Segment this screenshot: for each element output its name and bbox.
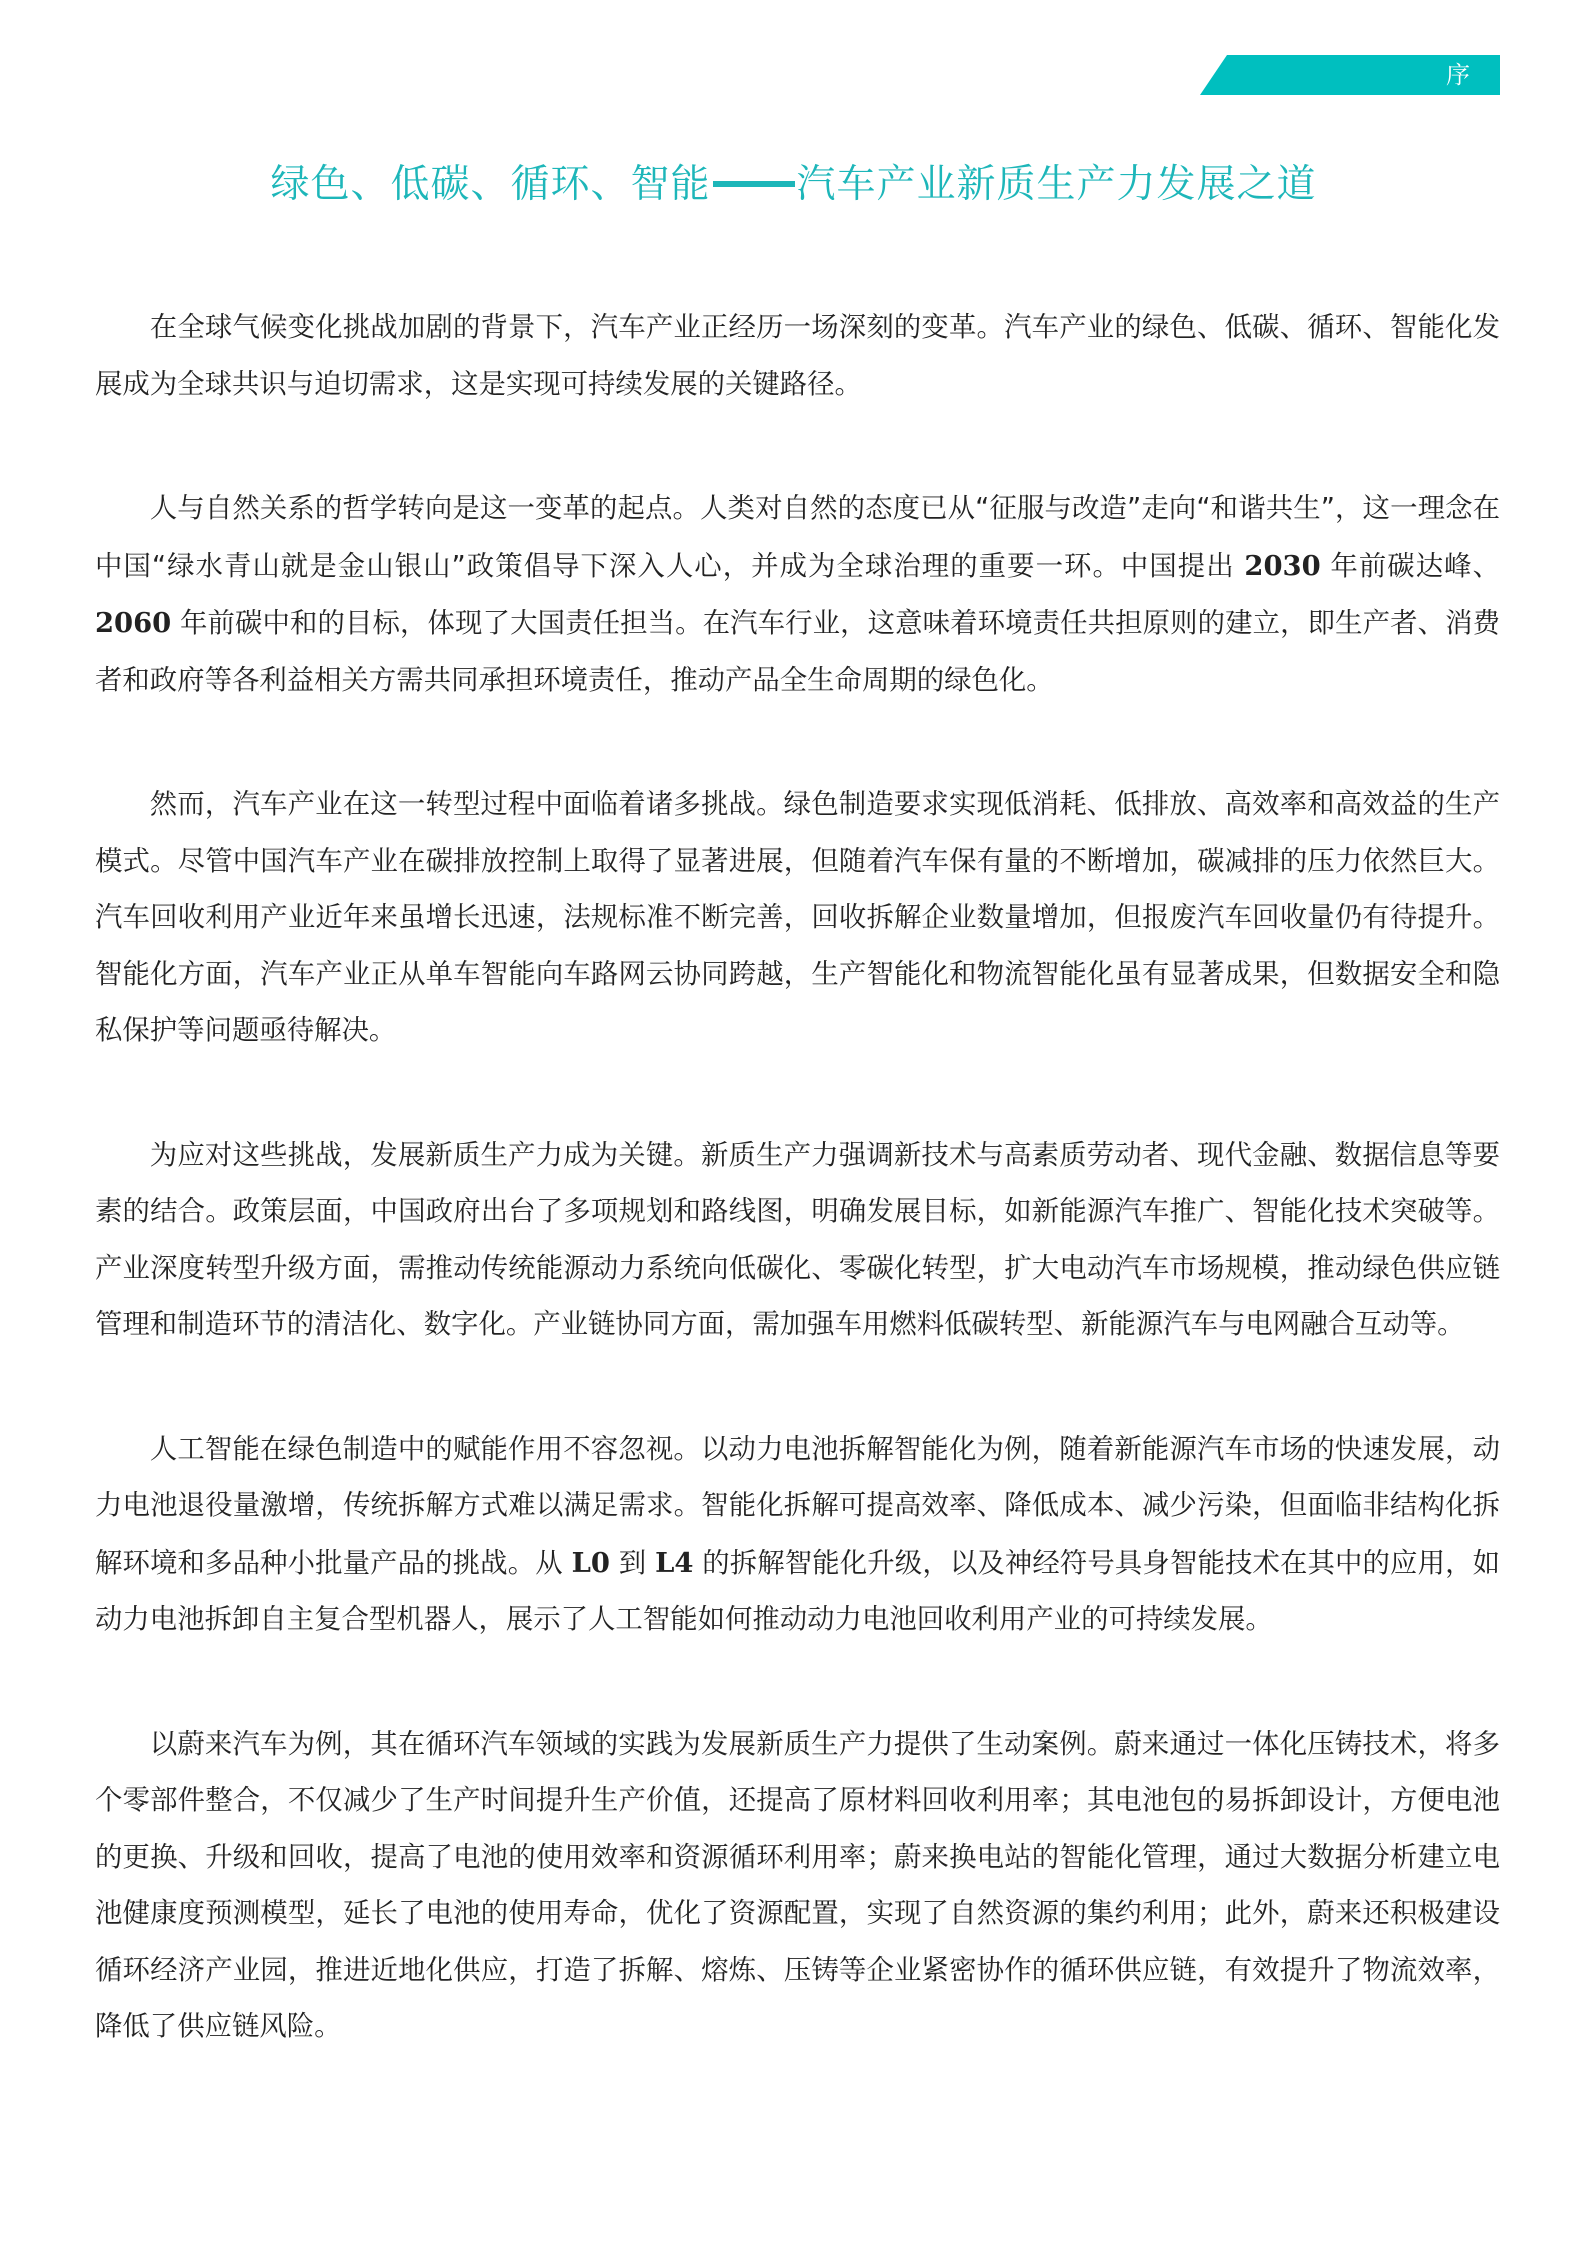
paragraph-5-seg-2: 到 xyxy=(610,1548,655,1579)
paragraph-2-seg-3: 年前碳中和的目标，体现了大国责任担当。在汽车行业，这意味着环境责任共担原则的建立… xyxy=(95,608,1500,696)
level-l4: L4 xyxy=(655,1547,693,1579)
year-2030: 2030 xyxy=(1244,550,1320,582)
paragraph-1: 在全球气候变化挑战加剧的背景下，汽车产业正经历一场深刻的变革。汽车产业的绿色、低… xyxy=(95,300,1500,413)
page-title: 绿色、低碳、循环、智能汽车产业新质生产力发展之道 xyxy=(0,160,1587,210)
year-2060: 2060 xyxy=(95,607,171,639)
paragraph-6: 以蔚来汽车为例，其在循环汽车领域的实践为发展新质生产力提供了生动案例。蔚来通过一… xyxy=(95,1717,1500,2056)
body-text: 在全球气候变化挑战加剧的背景下，汽车产业正经历一场深刻的变革。汽车产业的绿色、低… xyxy=(95,300,1500,2124)
section-tab: 序 xyxy=(1200,55,1500,95)
title-dash-divider xyxy=(713,181,795,187)
section-tab-label: 序 xyxy=(1446,59,1470,91)
paragraph-4: 为应对这些挑战，发展新质生产力成为关键。新质生产力强调新技术与高素质劳动者、现代… xyxy=(95,1128,1500,1354)
paragraph-2-seg-2: 年前碳达峰、 xyxy=(1321,551,1500,582)
paragraph-2: 人与自然关系的哲学转向是这一变革的起点。人类对自然的态度已从“征服与改造”走向“… xyxy=(95,481,1500,709)
title-part-2: 汽车产业新质生产力发展之道 xyxy=(797,162,1317,207)
title-part-1: 绿色、低碳、循环、智能 xyxy=(270,162,710,207)
paragraph-3: 然而，汽车产业在这一转型过程中面临着诸多挑战。绿色制造要求实现低消耗、低排放、高… xyxy=(95,777,1500,1060)
paragraph-5: 人工智能在绿色制造中的赋能作用不容忽视。以动力电池拆解智能化为例，随着新能源汽车… xyxy=(95,1422,1500,1649)
level-l0: L0 xyxy=(572,1547,610,1579)
